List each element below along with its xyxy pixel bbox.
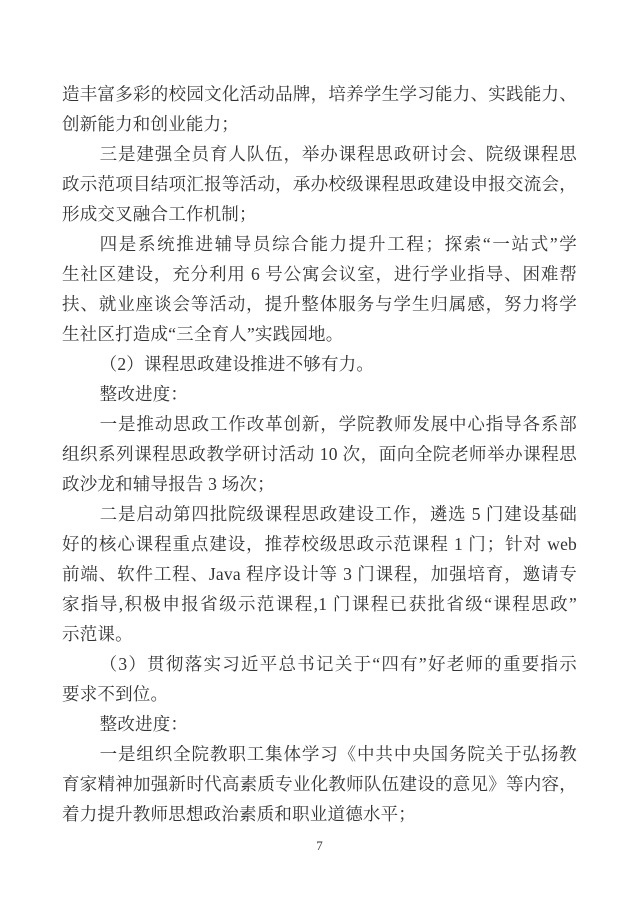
text-line: 着力提升教师思想政治素质和职业道德水平；	[62, 799, 577, 829]
text-line: 要求不到位。	[62, 679, 577, 709]
text-line: 育家精神加强新时代高素质专业化教师队伍建设的意见》等内容，	[62, 769, 577, 799]
text-line: 政示范项目结项汇报等活动，承办校级课程思政建设申报交流会，	[62, 169, 577, 199]
text-line: 生社区建设，充分利用 6 号公寓会议室，进行学业指导、困难帮	[62, 259, 577, 289]
text-line: 政沙龙和辅导报告 3 场次；	[62, 469, 577, 499]
page-footer: 7	[62, 837, 577, 855]
text-line: （2）课程思政建设推进不够有力。	[62, 349, 577, 379]
text-line: 一是组织全院教职工集体学习《中共中央国务院关于弘扬教	[62, 739, 577, 769]
text-line: 前端、软件工程、Java 程序设计等 3 门课程，加强培育，邀请专	[62, 559, 577, 589]
text-line: 整改进度：	[62, 709, 577, 739]
document-page: 造丰富多彩的校园文化活动品牌，培养学生学习能力、实践能力、创新能力和创业能力；三…	[0, 0, 639, 905]
text-line: 四是系统推进辅导员综合能力提升工程；探索“一站式”学	[62, 229, 577, 259]
text-line: 造丰富多彩的校园文化活动品牌，培养学生学习能力、实践能力、	[62, 79, 577, 109]
text-line: （3）贯彻落实习近平总书记关于“四有”好老师的重要指示	[62, 649, 577, 679]
text-line: 生社区打造成“三全育人”实践园地。	[62, 319, 577, 349]
text-line: 示范课。	[62, 619, 577, 649]
text-line: 扶、就业座谈会等活动，提升整体服务与学生归属感，努力将学	[62, 289, 577, 319]
text-line: 整改进度：	[62, 379, 577, 409]
text-line: 二是启动第四批院级课程思政建设工作，遴选 5 门建设基础	[62, 499, 577, 529]
text-line: 一是推动思政工作改革创新，学院教师发展中心指导各系部	[62, 409, 577, 439]
text-line: 创新能力和创业能力；	[62, 109, 577, 139]
text-line: 形成交叉融合工作机制；	[62, 199, 577, 229]
text-line: 组织系列课程思政教学研讨活动 10 次，面向全院老师举办课程思	[62, 439, 577, 469]
text-line: 三是建强全员育人队伍，举办课程思政研讨会、院级课程思	[62, 139, 577, 169]
text-line: 家指导,积极申报省级示范课程,1 门课程已获批省级“课程思政”	[62, 589, 577, 619]
text-line: 好的核心课程重点建设，推荐校级思政示范课程 1 门；针对 web	[62, 529, 577, 559]
document-body: 造丰富多彩的校园文化活动品牌，培养学生学习能力、实践能力、创新能力和创业能力；三…	[62, 79, 577, 829]
page-number: 7	[316, 838, 323, 853]
